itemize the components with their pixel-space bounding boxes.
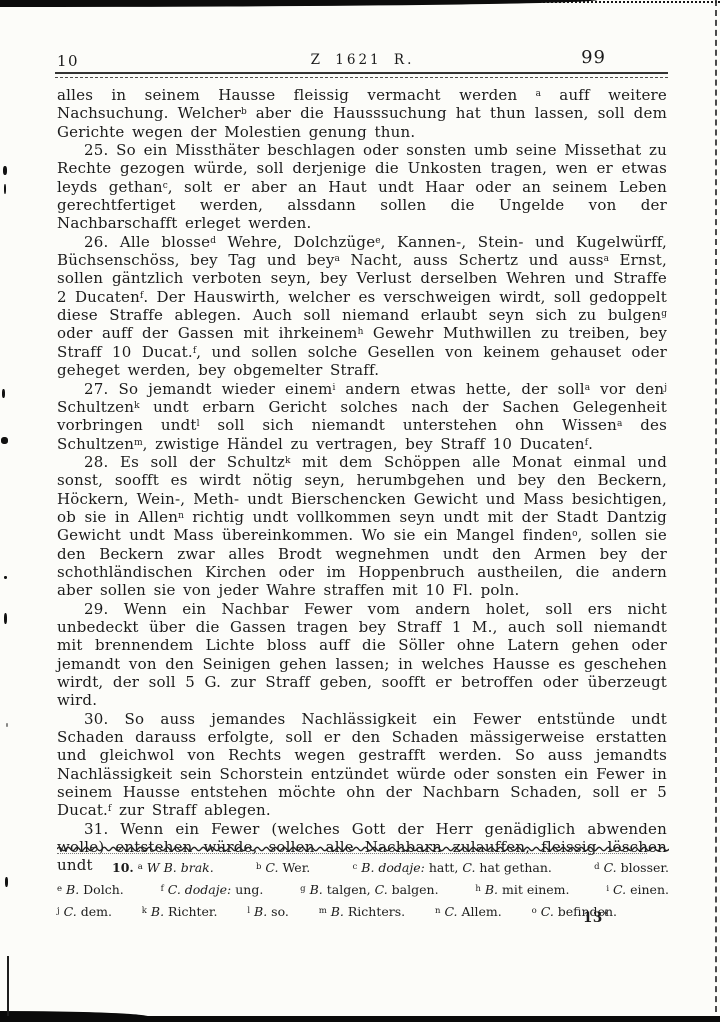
text-run: B. — [331, 904, 344, 919]
footnote-reference: o — [532, 906, 537, 916]
footnote-item: k B. Richter. — [142, 901, 218, 923]
text-run: einen. — [626, 882, 669, 897]
text-run: mit einem. — [498, 882, 570, 897]
paragraph: 28. Es soll der Schultzk mit dem Schöppe… — [57, 453, 667, 600]
paragraph: 30. So auss jemandes Nachlässigkeit ein … — [57, 710, 667, 820]
text-run: C. — [64, 904, 77, 919]
scanned-book-page: 10 Z 1621 R. 99 alles in seinem Hausse f… — [0, 0, 720, 1022]
footnote-item: f C. dodaje: ung. — [161, 879, 264, 901]
footnote-reference: m — [134, 438, 143, 448]
page-header: 10 Z 1621 R. 99 — [57, 44, 668, 74]
paragraph: 25. So ein Missthäter beschlagen oder so… — [57, 141, 667, 233]
text-run: 10. — [112, 860, 134, 875]
footnote-reference: m — [319, 906, 327, 916]
footnote-item: g B. talgen, C. balgen. — [300, 879, 438, 901]
text-run: B. — [151, 904, 164, 919]
top-edge-black-bar — [0, 0, 597, 7]
footnote-item: b C. Wer. — [256, 857, 310, 879]
margin-speck — [4, 613, 7, 624]
footnote-reference: d — [594, 862, 599, 872]
margin-speck — [4, 576, 7, 579]
text-run: Schultzen — [57, 398, 134, 416]
footnote-item: e B. Dolch. — [57, 879, 124, 901]
text-run: Wehre, Dolchzüge — [216, 233, 375, 251]
text-run: C. dodaje: — [168, 882, 232, 897]
signature-mark: 13* — [583, 910, 609, 926]
text-run: 28. Es soll der Schultz — [84, 453, 285, 471]
text-run: zur Straff ablegen. — [111, 801, 271, 819]
text-run: B. — [310, 882, 323, 897]
text-run: alles in seinem Hausse fleissig vermacht… — [57, 86, 536, 104]
footnote-line: e B. Dolch.f C. dodaje: ung.g B. talgen,… — [57, 879, 669, 901]
footnote-item: 10. a W B. brak. — [112, 857, 214, 879]
margin-speck — [5, 877, 8, 887]
text-run: blosser. — [617, 860, 669, 875]
margin-speck — [3, 166, 7, 175]
text-run: C. — [613, 882, 626, 897]
footnote-reference: j — [664, 383, 667, 393]
text-run: hatt, — [425, 860, 462, 875]
footnote-reference: g — [300, 884, 305, 894]
text-run: W B. brak. — [147, 860, 214, 875]
footnote-item: d C. blosser. — [594, 857, 669, 879]
paragraph: 26. Alle blossed Wehre, Dolchzügee, Kann… — [57, 233, 667, 380]
text-run: 26. Alle blosse — [84, 233, 210, 251]
paragraph: 27. So jemandt wieder einemi andern etwa… — [57, 380, 667, 453]
text-run: Wer. — [279, 860, 311, 875]
text-run: , zwistige Händel zu vertragen, bey Stra… — [143, 435, 585, 453]
text-run: talgen, — [323, 882, 375, 897]
text-run: . Der Hauswirth, welcher es verschweigen… — [57, 288, 667, 324]
footnote-separator-wavy-line — [57, 845, 669, 853]
footnote-reference: g — [661, 309, 667, 319]
body-text: alles in seinem Hausse fleissig vermacht… — [57, 86, 667, 875]
text-run: so. — [267, 904, 289, 919]
text-run: C. — [462, 860, 475, 875]
footnote-line: j C. dem.k B. Richter.l B. so.m B. Richt… — [57, 901, 669, 923]
footnote-item: c B. dodaje: hatt, C. hat gethan. — [353, 857, 552, 879]
text-run: . — [588, 435, 593, 453]
margin-speck — [2, 389, 5, 398]
footnotes: 10. a W B. brak.b C. Wer.c B. dodaje: ha… — [57, 857, 669, 923]
text-run: Richters. — [344, 904, 405, 919]
text-run: balgen. — [388, 882, 439, 897]
right-edge-dashed-line — [715, 0, 717, 1022]
text-run: C. — [265, 860, 278, 875]
footnote-item: h B. mit einem. — [475, 879, 569, 901]
header-rule-top — [55, 72, 668, 74]
text-run: soll sich niemandt unterstehen ohn Wisse… — [200, 416, 617, 434]
text-run: B. dodaje: — [361, 860, 425, 875]
page-number-right: 99 — [581, 47, 606, 68]
text-run: dem. — [77, 904, 112, 919]
text-run: C. — [604, 860, 617, 875]
text-run: 27. So jemandt wieder einem — [84, 380, 332, 398]
text-run: ung. — [231, 882, 263, 897]
margin-speck — [1, 437, 8, 444]
signature-number: 13 — [583, 910, 603, 926]
footnote-item: j C. dem. — [57, 901, 112, 923]
margin-speck — [4, 184, 6, 194]
text-run: andern etwas hette, der soll — [335, 380, 584, 398]
text-run: Richter. — [164, 904, 217, 919]
footnote-separator-dotted-line — [57, 853, 647, 854]
text-run: C. — [375, 882, 388, 897]
footnote-item: i C. einen. — [606, 879, 669, 901]
bottom-edge-black-bar — [0, 1016, 720, 1022]
text-run: C. — [444, 904, 457, 919]
paragraph: 29. Wenn ein Nachbar Fewer vom andern ho… — [57, 600, 667, 710]
running-title: Z 1621 R. — [57, 52, 668, 68]
footnote-item: n C. Allem. — [435, 901, 502, 923]
signature-star: * — [603, 910, 609, 921]
paragraph: alles in seinem Hausse fleissig vermacht… — [57, 86, 667, 141]
spine-fold-line — [7, 956, 9, 1016]
footnote-item: l B. so. — [247, 901, 289, 923]
footnote-item: m B. Richters. — [319, 901, 405, 923]
text-run: 29. Wenn ein Nachbar Fewer vom andern ho… — [57, 600, 667, 710]
text-run: B. — [485, 882, 498, 897]
header-rule-bottom — [55, 77, 668, 78]
text-run: oder auff der Gassen mit ihrkeinem — [57, 324, 358, 342]
text-run: Dolch. — [79, 882, 124, 897]
text-run: Nacht, auss Schertz und auss — [340, 251, 604, 269]
text-run: C. — [541, 904, 554, 919]
margin-speck — [6, 723, 8, 727]
text-run: vor den — [590, 380, 664, 398]
text-run: B. — [66, 882, 79, 897]
text-run: Allem. — [458, 904, 502, 919]
footnote-line: 10. a W B. brak.b C. Wer.c B. dodaje: ha… — [57, 857, 669, 879]
text-run: hat gethan. — [475, 860, 551, 875]
text-run: B. — [254, 904, 267, 919]
